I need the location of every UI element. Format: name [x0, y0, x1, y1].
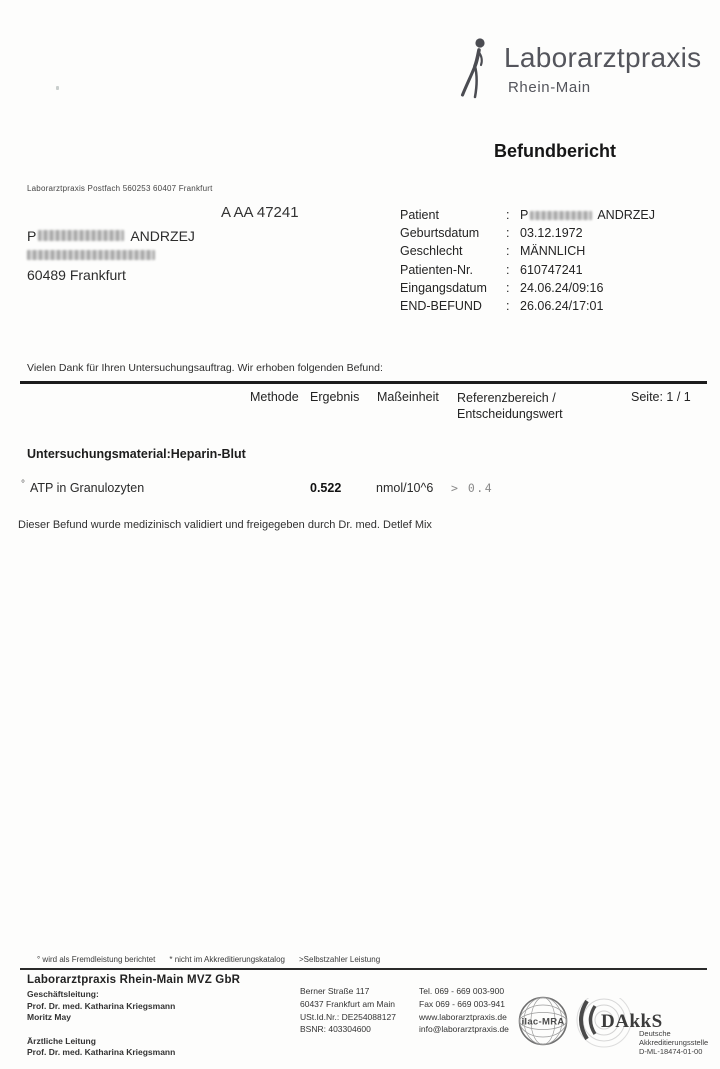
recipient-address: P ANDRZEJ 60489 Frankfurt — [27, 226, 195, 284]
lab-report-page: Laborarztpraxis Rhein-Main Befundbericht… — [0, 0, 720, 1069]
patient-info-row: Geschlecht : MÄNNLICH — [400, 242, 655, 260]
footer-company-name: Laborarztpraxis Rhein-Main MVZ GbR — [27, 974, 240, 986]
intro-text: Vielen Dank für Ihren Untersuchungsauftr… — [27, 362, 383, 374]
col-header-einheit: Maßeinheit — [377, 390, 439, 404]
brand-region: Rhein-Main — [508, 79, 701, 96]
pi-value: 26.06.24/17:01 — [520, 299, 655, 313]
pi-sep: : — [506, 244, 520, 258]
validation-text: Dieser Befund wurde medizinisch validier… — [18, 519, 432, 531]
pi-value-suffix: ANDRZEJ — [597, 208, 655, 222]
svg-text:D-ML-18474-01-00: D-ML-18474-01-00 — [639, 1047, 702, 1056]
pi-value: 03.12.1972 — [520, 226, 655, 240]
result-unit: nmol/10^6 — [376, 481, 433, 495]
header-rule — [20, 381, 707, 384]
patient-info-row: Patient : P ANDRZEJ — [400, 206, 655, 224]
footer-address-line: Berner Straße 117 — [300, 986, 396, 998]
footer-management-block: Geschäftsleitung: Prof. Dr. med. Kathari… — [27, 989, 175, 1059]
pi-value-prefix: P — [520, 208, 528, 222]
col-header-referenz-line2: Entscheidungswert — [457, 406, 607, 422]
analyte-name: ATP in Granulozyten — [30, 481, 144, 495]
footer-address-line: BSNR: 403304600 — [300, 1024, 396, 1036]
management-person: Prof. Dr. med. Katharina Kriegsmann — [27, 1001, 175, 1013]
brand-name: Laborarztpraxis — [504, 44, 701, 72]
ilac-mra-seal-icon: ilac-MRA — [517, 995, 569, 1047]
col-header-methode: Methode — [250, 390, 299, 404]
brand-text: Laborarztpraxis Rhein-Main — [504, 36, 701, 104]
footnote-item: ° wird als Fremdleistung berichtet — [37, 955, 155, 964]
recipient-name-prefix: P — [27, 228, 36, 244]
patient-info-row: Geburtsdatum : 03.12.1972 — [400, 224, 655, 242]
svg-text:Akkreditierungsstelle: Akkreditierungsstelle — [639, 1038, 708, 1047]
redaction-blur — [38, 230, 124, 241]
pi-label: Patienten-Nr. — [400, 263, 506, 277]
page-number-label: Seite: 1 / 1 — [631, 390, 691, 404]
recipient-name-line: P ANDRZEJ — [27, 226, 195, 245]
dakks-logo-icon: DAkkS Deutsche Akkreditierungsstelle D-M… — [574, 998, 708, 1064]
redaction-blur — [530, 211, 592, 220]
reference-code: A AA 47241 — [221, 204, 299, 221]
reference-range: > 0.4 — [451, 481, 493, 495]
walking-person-icon — [458, 36, 494, 104]
footnotes: ° wird als Fremdleistung berichtet * nic… — [37, 955, 380, 964]
patient-info-block: Patient : P ANDRZEJ Geburtsdatum : 03.12… — [400, 206, 655, 315]
patient-info-row: Eingangsdatum : 24.06.24/09:16 — [400, 279, 655, 297]
footer-rule — [20, 968, 707, 970]
pi-sep: : — [506, 263, 520, 277]
specimen-section-title: Untersuchungsmaterial:Heparin-Blut — [27, 447, 246, 461]
col-header-referenz-line1: Referenzbereich / — [457, 390, 607, 406]
footnote-item: >Selbstzahler Leistung — [299, 955, 380, 964]
scan-artifact — [56, 86, 59, 90]
result-value: 0.522 — [310, 481, 341, 495]
patient-info-row: Patienten-Nr. : 610747241 — [400, 261, 655, 279]
result-row: ° ATP in Granulozyten 0.522 nmol/10^6 > … — [0, 481, 720, 497]
col-header-ergebnis: Ergebnis — [310, 390, 359, 404]
footer-contact-block: Tel. 069 - 669 003-900 Fax 069 - 669 003… — [419, 986, 509, 1037]
footnote-item: * nicht im Akkreditierungskatalog — [169, 955, 285, 964]
pi-value: MÄNNLICH — [520, 244, 655, 258]
external-service-marker: ° — [21, 479, 25, 490]
col-header-referenz: Referenzbereich / Entscheidungswert — [457, 390, 607, 422]
sender-line: Laborarztpraxis Postfach 560253 60407 Fr… — [27, 184, 213, 193]
footer-phone: Tel. 069 - 669 003-900 — [419, 986, 509, 998]
pi-sep: : — [506, 299, 520, 313]
footer-fax: Fax 069 - 669 003-941 — [419, 999, 509, 1011]
footer-address-block: Berner Straße 117 60437 Frankfurt am Mai… — [300, 986, 396, 1037]
pi-value: 24.06.24/09:16 — [520, 281, 655, 295]
management-label: Geschäftsleitung: — [27, 989, 175, 1001]
pi-sep: : — [506, 226, 520, 240]
pi-label: Eingangsdatum — [400, 281, 506, 295]
svg-text:Deutsche: Deutsche — [639, 1029, 671, 1038]
footer-address-line: USt.Id.Nr.: DE254088127 — [300, 1012, 396, 1024]
medical-lead-person: Prof. Dr. med. Katharina Kriegsmann — [27, 1047, 175, 1059]
footer-address-line: 60437 Frankfurt am Main — [300, 999, 396, 1011]
management-person: Moritz May — [27, 1012, 175, 1024]
pi-sep: : — [506, 281, 520, 295]
pi-value: 610747241 — [520, 263, 655, 277]
redaction-blur — [27, 250, 155, 260]
document-title: Befundbericht — [494, 141, 616, 162]
footer-email: info@laborarztpraxis.de — [419, 1024, 509, 1036]
footer-website: www.laborarztpraxis.de — [419, 1012, 509, 1024]
svg-text:ilac-MRA: ilac-MRA — [521, 1017, 564, 1028]
medical-lead-label: Ärztliche Leitung — [27, 1036, 175, 1048]
pi-label: Geschlecht — [400, 244, 506, 258]
recipient-city-line: 60489 Frankfurt — [27, 265, 195, 284]
pi-value: P ANDRZEJ — [520, 208, 655, 222]
recipient-street-line — [27, 245, 195, 264]
pi-label: Patient — [400, 208, 506, 222]
pi-label: Geburtsdatum — [400, 226, 506, 240]
brand-logo: Laborarztpraxis Rhein-Main — [458, 36, 701, 104]
pi-sep: : — [506, 208, 520, 222]
recipient-name-suffix: ANDRZEJ — [130, 228, 195, 244]
patient-info-row: END-BEFUND : 26.06.24/17:01 — [400, 297, 655, 315]
pi-label: END-BEFUND — [400, 299, 506, 313]
